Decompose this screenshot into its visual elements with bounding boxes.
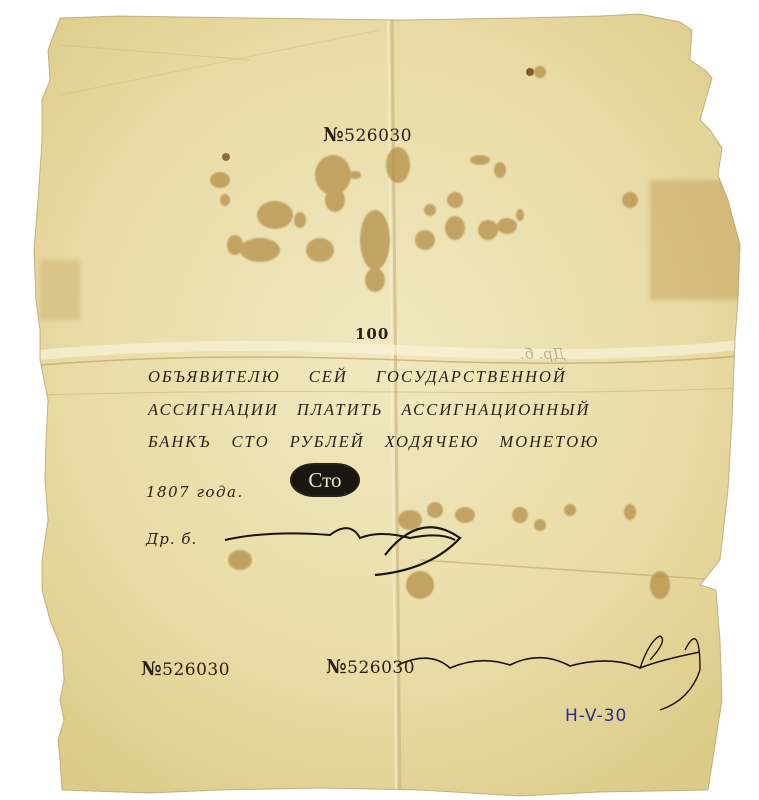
ink-date-stamp: H-V-30	[565, 706, 627, 726]
numero-sign: №	[141, 658, 162, 680]
numero-sign: №	[326, 656, 347, 678]
serial-digits: 526030	[344, 126, 412, 146]
body-line-1: Объявителю сей государственной	[148, 367, 567, 387]
serial-number-bottom-left: №526030	[141, 658, 230, 680]
body-line-3: банкъ сто рублей ходячею монетою	[148, 432, 599, 452]
denomination-numeral: 100	[355, 325, 389, 343]
serial-number-bottom-right: №526030	[326, 656, 415, 678]
serial-number-top: №526030	[323, 124, 412, 146]
signature-label: Др. б.	[146, 530, 197, 548]
numero-sign: №	[323, 124, 344, 146]
bleed-through-text: Др. б.	[520, 345, 565, 363]
body-line-2: ассигнации платить ассигнационный	[148, 400, 590, 420]
issue-year: 1807 года.	[146, 483, 244, 501]
serial-digits: 526030	[162, 660, 230, 680]
denomination-seal: Сто	[292, 465, 358, 495]
